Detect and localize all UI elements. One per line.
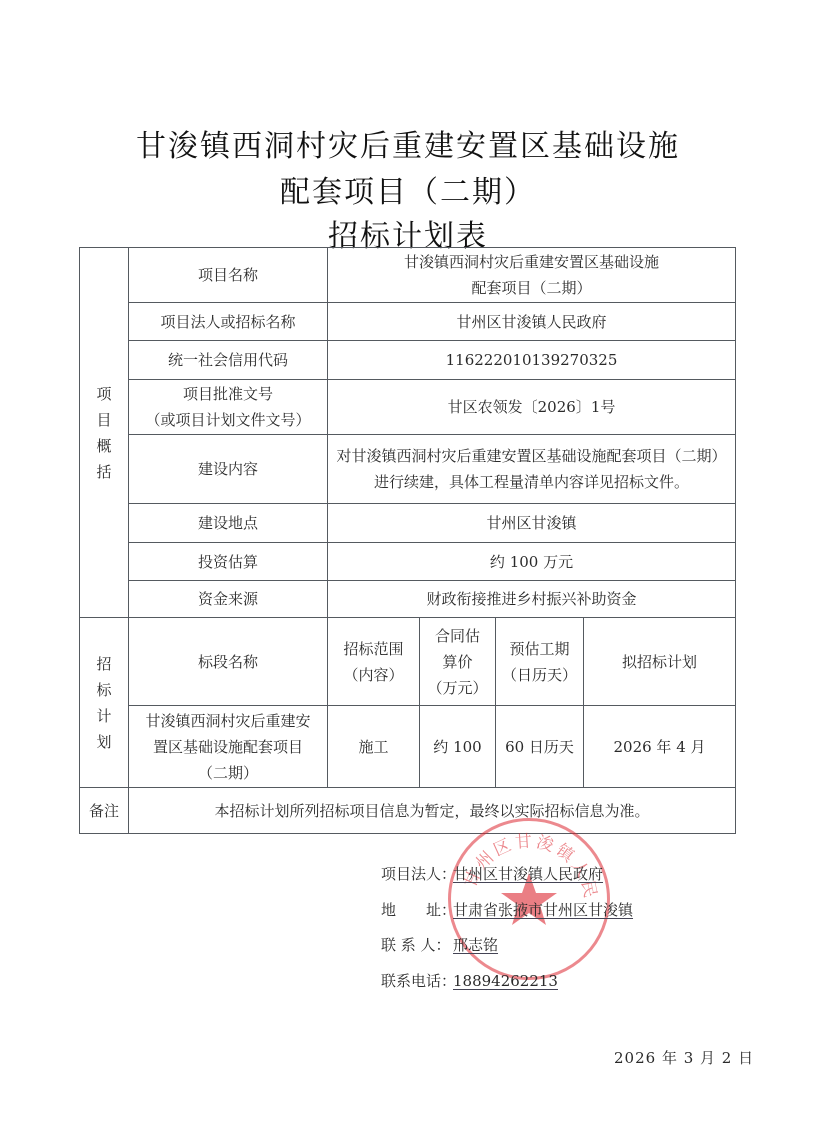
table-row-credit-code: 统一社会信用代码 116222010139270325 [80,341,736,380]
label-credit-code: 统一社会信用代码 [129,341,328,380]
value-funding-source: 财政衔接推进乡村振兴补助资金 [328,581,736,618]
value-credit-code: 116222010139270325 [328,341,736,380]
title-line-1: 甘浚镇西洞村灾后重建安置区基础设施 [0,125,816,169]
table-row-construction-content: 建设内容 对甘浚镇西洞村灾后重建安置区基础设施配套项目（二期）进行续建，具体工程… [80,435,736,504]
value-construction-content: 对甘浚镇西洞村灾后重建安置区基础设施配套项目（二期）进行续建，具体工程量清单内容… [328,435,736,504]
bid-plan-row: 甘浚镇西洞村灾后重建安 置区基础设施配套项目 （二期） 施工 约 100 60 … [80,706,736,788]
document-title: 甘浚镇西洞村灾后重建安置区基础设施 配套项目（二期） 招标计划表 [0,125,816,259]
cell-duration: 60 日历天 [496,706,584,788]
value-investment: 约 100 万元 [328,543,736,581]
table-row-location: 建设地点 甘州区甘浚镇 [80,504,736,543]
remark-text: 本招标计划所列招标项目信息为暂定，最终以实际招标信息为准。 [129,788,736,834]
cell-planned-date: 2026 年 4 月 [584,706,736,788]
label-investment: 投资估算 [129,543,328,581]
header-section-name: 标段名称 [129,618,328,706]
label-project-name: 项目名称 [129,248,328,303]
bid-plan-header-row: 招 标 计 划 标段名称 招标范围 （内容） 合同估 算价 （万元） 预估工期 … [80,618,736,706]
value-approval-number: 甘区农领发〔2026〕1号 [328,380,736,435]
value-project-name: 甘浚镇西洞村灾后重建安置区基础设施 配套项目（二期） [328,248,736,303]
contact-phone: 联系电话：18894262213 [381,969,633,1005]
label-location: 建设地点 [129,504,328,543]
table-row-remark: 备注 本招标计划所列招标项目信息为暂定，最终以实际招标信息为准。 [80,788,736,834]
table-row-funding-source: 资金来源 财政衔接推进乡村振兴补助资金 [80,581,736,618]
contact-person: 联 系 人：邢志铭 [381,933,633,969]
value-legal-person: 甘州区甘浚镇人民政府 [328,303,736,341]
cell-contract-price: 约 100 [420,706,496,788]
label-approval-number: 项目批准文号 （或项目计划文件文号） [129,380,328,435]
title-line-2: 配套项目（二期） [0,171,816,215]
remark-label: 备注 [80,788,129,834]
document-date: 2026 年 3 月 2 日 [614,1047,754,1068]
value-location: 甘州区甘浚镇 [328,504,736,543]
table-row-legal-person: 项目法人或招标名称 甘州区甘浚镇人民政府 [80,303,736,341]
contact-legal-person: 项目法人：甘州区甘浚镇人民政府 [381,862,633,898]
contact-block: 项目法人：甘州区甘浚镇人民政府 地 址：甘肃省张掖市甘州区甘浚镇 联 系 人：邢… [381,862,633,1004]
header-contract-price: 合同估 算价 （万元） [420,618,496,706]
bid-plan-table: 项 目 概 括 项目名称 甘浚镇西洞村灾后重建安置区基础设施 配套项目（二期） … [79,247,736,834]
cell-section-name: 甘浚镇西洞村灾后重建安 置区基础设施配套项目 （二期） [129,706,328,788]
label-construction-content: 建设内容 [129,435,328,504]
header-duration: 预估工期 （日历天） [496,618,584,706]
label-legal-person: 项目法人或招标名称 [129,303,328,341]
label-funding-source: 资金来源 [129,581,328,618]
bid-plan-section-label: 招 标 计 划 [80,618,129,788]
table-row-project-name: 项 目 概 括 项目名称 甘浚镇西洞村灾后重建安置区基础设施 配套项目（二期） [80,248,736,303]
cell-scope: 施工 [328,706,420,788]
contact-address: 地 址：甘肃省张掖市甘州区甘浚镇 [381,898,633,934]
header-planned-date: 拟招标计划 [584,618,736,706]
header-scope: 招标范围 （内容） [328,618,420,706]
table-row-investment: 投资估算 约 100 万元 [80,543,736,581]
table-row-approval-number: 项目批准文号 （或项目计划文件文号） 甘区农领发〔2026〕1号 [80,380,736,435]
overview-section-label: 项 目 概 括 [80,248,129,618]
